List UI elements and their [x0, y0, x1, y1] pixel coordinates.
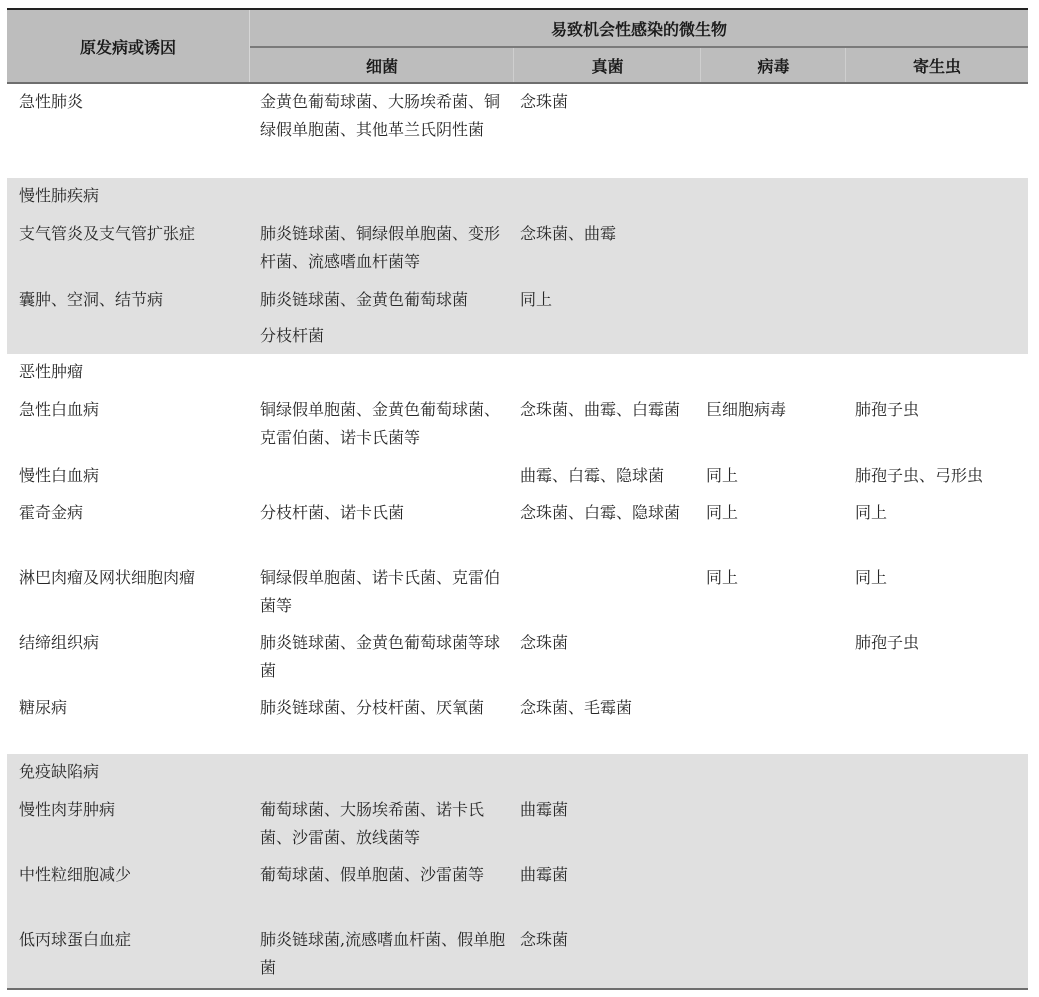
- cause-cell: 糖尿病: [19, 690, 247, 722]
- bacteria-cell: 分枝杆菌: [260, 318, 508, 350]
- fungi-cell: [520, 354, 695, 358]
- cause-cell: 免疫缺陷病: [19, 754, 247, 786]
- cause-cell: 囊肿、空洞、结节病: [19, 282, 247, 314]
- cause-cell: 结缔组织病: [19, 625, 247, 657]
- parasite-cell: [855, 792, 1025, 796]
- table-header: 原发病或诱因 易致机会性感染的微生物 细菌 真菌 病毒 寄生虫: [7, 10, 1028, 83]
- parasite-cell: [855, 216, 1025, 220]
- cause-cell: 支气管炎及支气管扩张症: [19, 216, 247, 248]
- virus-cell: [706, 178, 846, 182]
- table-row: 急性白血病铜绿假单胞菌、金黄色葡萄球菌、克雷伯菌、诺卡氏菌等念珠菌、曲霉、白霉菌…: [7, 392, 1028, 458]
- virus-cell: [706, 216, 846, 220]
- cause-cell: 急性肺炎: [19, 84, 247, 116]
- fungi-cell: 曲霉菌: [520, 792, 695, 824]
- virus-cell: [706, 84, 846, 88]
- bacteria-cell: 肺炎链球菌、金黄色葡萄球菌: [260, 282, 508, 314]
- parasite-cell: 同上: [855, 495, 1025, 527]
- fungi-cell: 曲霉菌: [520, 857, 695, 889]
- bacteria-cell: [260, 178, 508, 182]
- virus-cell: [706, 857, 846, 861]
- header-parasite: 寄生虫: [846, 48, 1028, 83]
- fungi-cell: 曲霉、白霉、隐球菌: [520, 458, 695, 490]
- parasite-cell: 肺孢子虫: [855, 625, 1025, 657]
- parasite-cell: [855, 178, 1025, 182]
- fungi-cell: [520, 560, 695, 564]
- table-bottom-rule: [7, 988, 1028, 990]
- bacteria-cell: 肺炎链球菌、铜绿假单胞菌、变形杆菌、流感嗜血杆菌等: [260, 216, 508, 276]
- header-virus: 病毒: [701, 48, 846, 83]
- cause-cell: [19, 318, 247, 322]
- table-row: 中性粒细胞减少葡萄球菌、假单胞菌、沙雷菌等曲霉菌: [7, 857, 1028, 922]
- header-fungi: 真菌: [514, 48, 701, 83]
- fungi-cell: 念珠菌: [520, 84, 695, 116]
- bacteria-cell: 金黄色葡萄球菌、大肠埃希菌、铜绿假单胞菌、其他革兰氏阴性菌: [260, 84, 508, 144]
- table-row: 分枝杆菌: [7, 318, 1028, 354]
- parasite-cell: 同上: [855, 560, 1025, 592]
- bacteria-cell: 葡萄球菌、假单胞菌、沙雷菌等: [260, 857, 508, 889]
- header-bacteria: 细菌: [250, 48, 514, 83]
- table-row: 结缔组织病肺炎链球菌、金黄色葡萄球菌等球菌念珠菌肺孢子虫: [7, 625, 1028, 690]
- bacteria-cell: 肺炎链球菌,流感嗜血杆菌、假单胞菌: [260, 922, 508, 982]
- fungi-cell: [520, 178, 695, 182]
- table-row: 糖尿病肺炎链球菌、分枝杆菌、厌氧菌念珠菌、毛霉菌: [7, 690, 1028, 754]
- virus-cell: [706, 690, 846, 694]
- parasite-cell: 肺孢子虫、弓形虫: [855, 458, 1025, 490]
- cause-cell: 急性白血病: [19, 392, 247, 424]
- bacteria-cell: [260, 754, 508, 758]
- parasite-cell: [855, 754, 1025, 758]
- parasite-cell: [855, 922, 1025, 926]
- table-row: 恶性肿瘤: [7, 354, 1028, 392]
- table-row: 淋巴肉瘤及网状细胞肉瘤铜绿假单胞菌、诺卡氏菌、克雷伯菌等同上同上: [7, 560, 1028, 625]
- fungi-cell: 念珠菌、毛霉菌: [520, 690, 695, 722]
- bacteria-cell: [260, 354, 508, 358]
- cause-cell: 慢性白血病: [19, 458, 247, 490]
- virus-cell: [706, 354, 846, 358]
- cause-cell: 中性粒细胞减少: [19, 857, 247, 889]
- parasite-cell: [855, 84, 1025, 88]
- fungi-cell: 念珠菌、曲霉: [520, 216, 695, 248]
- table-row: 慢性肺疾病: [7, 178, 1028, 216]
- virus-cell: [706, 282, 846, 286]
- virus-cell: 同上: [706, 495, 846, 527]
- bacteria-cell: 葡萄球菌、大肠埃希菌、诺卡氏菌、沙雷菌、放线菌等: [260, 792, 508, 852]
- fungi-cell: 念珠菌、白霉、隐球菌: [520, 495, 695, 527]
- virus-cell: [706, 922, 846, 926]
- bacteria-cell: 分枝杆菌、诺卡氏菌: [260, 495, 508, 527]
- fungi-cell: [520, 318, 695, 322]
- table-row: 慢性肉芽肿病葡萄球菌、大肠埃希菌、诺卡氏菌、沙雷菌、放线菌等曲霉菌: [7, 792, 1028, 857]
- parasite-cell: 肺孢子虫: [855, 392, 1025, 424]
- virus-cell: [706, 754, 846, 758]
- parasite-cell: [855, 282, 1025, 286]
- virus-cell: [706, 792, 846, 796]
- table-row: 支气管炎及支气管扩张症肺炎链球菌、铜绿假单胞菌、变形杆菌、流感嗜血杆菌等念珠菌、…: [7, 216, 1028, 282]
- table-row: 低丙球蛋白血症肺炎链球菌,流感嗜血杆菌、假单胞菌念珠菌: [7, 922, 1028, 988]
- cause-cell: 低丙球蛋白血症: [19, 922, 247, 954]
- bacteria-cell: 肺炎链球菌、金黄色葡萄球菌等球菌: [260, 625, 508, 685]
- fungi-cell: 同上: [520, 282, 695, 314]
- bacteria-cell: 铜绿假单胞菌、诺卡氏菌、克雷伯菌等: [260, 560, 508, 620]
- virus-cell: [706, 318, 846, 322]
- cause-cell: 慢性肉芽肿病: [19, 792, 247, 824]
- header-microbe-group: 易致机会性感染的微生物: [250, 10, 1028, 46]
- virus-cell: 同上: [706, 458, 846, 490]
- parasite-cell: [855, 318, 1025, 322]
- fungi-cell: 念珠菌: [520, 625, 695, 657]
- virus-cell: [706, 625, 846, 629]
- header-primary-cause: 原发病或诱因: [7, 10, 249, 83]
- cause-cell: 慢性肺疾病: [19, 178, 247, 210]
- parasite-cell: [855, 690, 1025, 694]
- cause-cell: 恶性肿瘤: [19, 354, 247, 386]
- cause-cell: 霍奇金病: [19, 495, 247, 527]
- table-row: 慢性白血病曲霉、白霉、隐球菌同上肺孢子虫、弓形虫: [7, 458, 1028, 495]
- table-row: 免疫缺陷病: [7, 754, 1028, 792]
- fungi-cell: 念珠菌: [520, 922, 695, 954]
- table-row: 囊肿、空洞、结节病肺炎链球菌、金黄色葡萄球菌同上: [7, 282, 1028, 318]
- bacteria-cell: 肺炎链球菌、分枝杆菌、厌氧菌: [260, 690, 508, 722]
- parasite-cell: [855, 354, 1025, 358]
- fungi-cell: [520, 754, 695, 758]
- bacteria-cell: [260, 458, 508, 462]
- bacteria-cell: 铜绿假单胞菌、金黄色葡萄球菌、克雷伯菌、诺卡氏菌等: [260, 392, 508, 452]
- virus-cell: 同上: [706, 560, 846, 592]
- virus-cell: 巨细胞病毒: [706, 392, 846, 424]
- fungi-cell: 念珠菌、曲霉、白霉菌: [520, 392, 695, 424]
- table-row: 霍奇金病分枝杆菌、诺卡氏菌念珠菌、白霉、隐球菌同上同上: [7, 495, 1028, 560]
- table-row: 急性肺炎金黄色葡萄球菌、大肠埃希菌、铜绿假单胞菌、其他革兰氏阴性菌念珠菌: [7, 84, 1028, 178]
- parasite-cell: [855, 857, 1025, 861]
- cause-cell: 淋巴肉瘤及网状细胞肉瘤: [19, 560, 247, 592]
